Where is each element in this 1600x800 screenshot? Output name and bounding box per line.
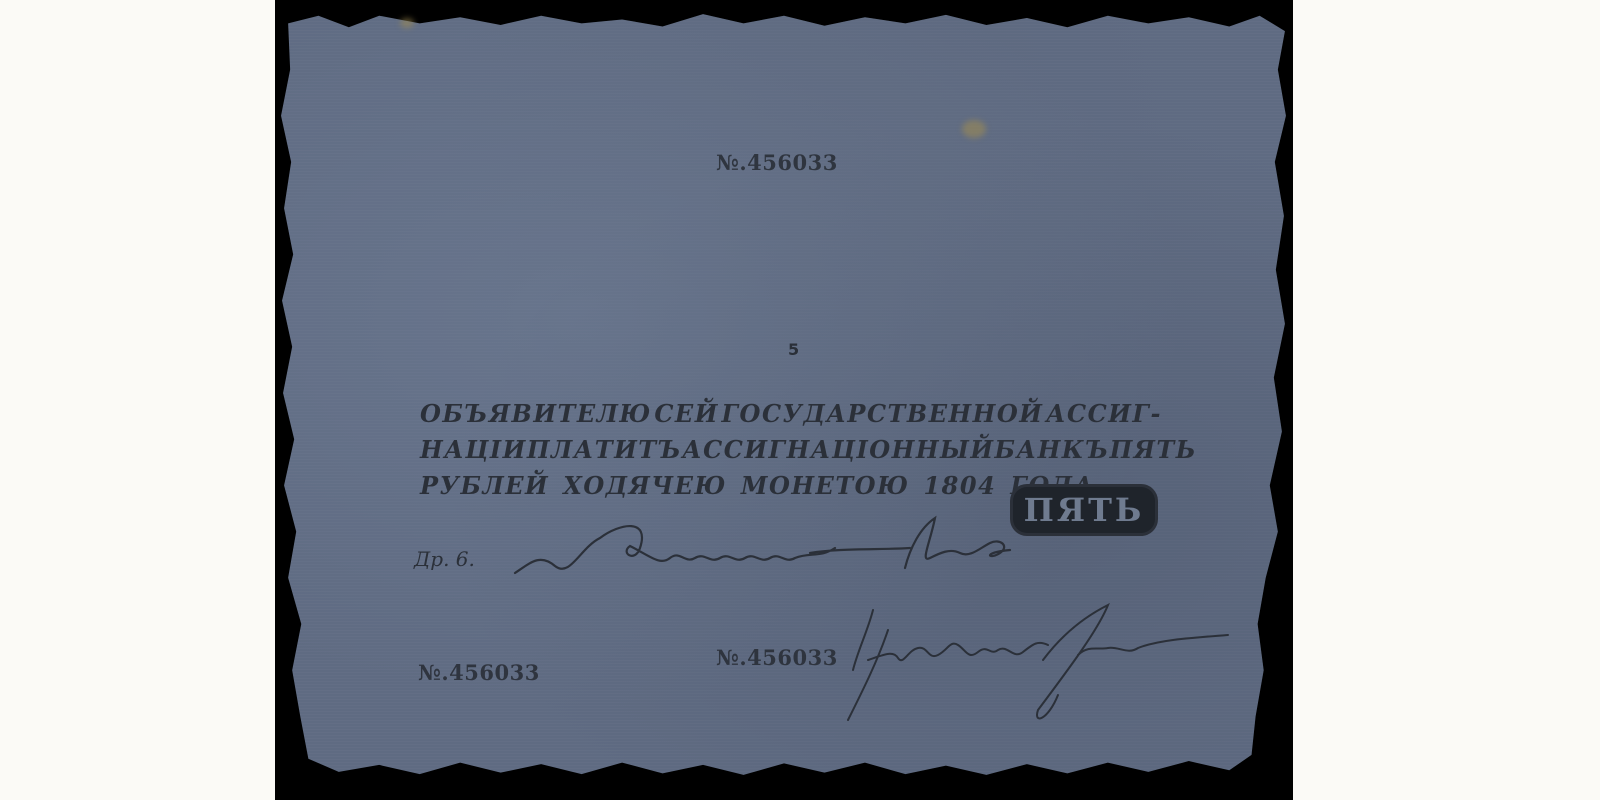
signature-director — [510, 508, 1020, 588]
inscription-word: СЕЙ — [654, 396, 719, 432]
paper-stain — [400, 18, 414, 28]
inscription-word: РУБЛЕЙ — [420, 468, 549, 504]
inscription-word: 1804 — [923, 468, 996, 504]
inscription-word: МОНЕТОЮ — [741, 468, 910, 504]
serial-number-bottom-center: №.456033 — [716, 645, 838, 670]
paper-stain — [962, 120, 986, 138]
inscription-line-1: ОБЪЯВИТЕЛЮ СЕЙ ГОСУДАРСТВЕННОЙ АССИГ- — [420, 396, 1162, 432]
inscription-line-2: НАЦІИ ПЛАТИТЪ АССИГНАЦІОННЫЙ БАНКЪ ПЯТЬ — [420, 432, 1162, 468]
denomination-cartouche: ПЯТЬ — [1013, 487, 1155, 533]
serial-number-bottom-left: №.456033 — [418, 660, 540, 685]
inscription-word: ПЯТЬ — [1110, 432, 1198, 468]
inscription-word: ПЛАТИТЪ — [527, 432, 682, 468]
signature-cashier — [838, 600, 1238, 730]
inscription-word: ОБЪЯВИТЕЛЮ — [420, 396, 652, 432]
denomination-numeral: 5 — [788, 340, 799, 359]
inscription-word: АССИГ- — [1046, 396, 1162, 432]
signature-director-icon — [510, 508, 1020, 588]
signature-cashier-icon — [838, 600, 1238, 730]
inscription-word: ХОДЯЧЕЮ — [563, 468, 727, 504]
inscription-word: АССИГНАЦІОННЫЙ — [682, 432, 994, 468]
director-label: Др. 6. — [414, 547, 475, 571]
denomination-word: ПЯТЬ — [1024, 491, 1145, 529]
inscription-word: НАЦІИ — [420, 432, 527, 468]
inscription-word: БАНКЪ — [995, 432, 1110, 468]
serial-number-top: №.456033 — [716, 150, 838, 175]
inscription-word: ГОСУДАРСТВЕННОЙ — [721, 396, 1043, 432]
